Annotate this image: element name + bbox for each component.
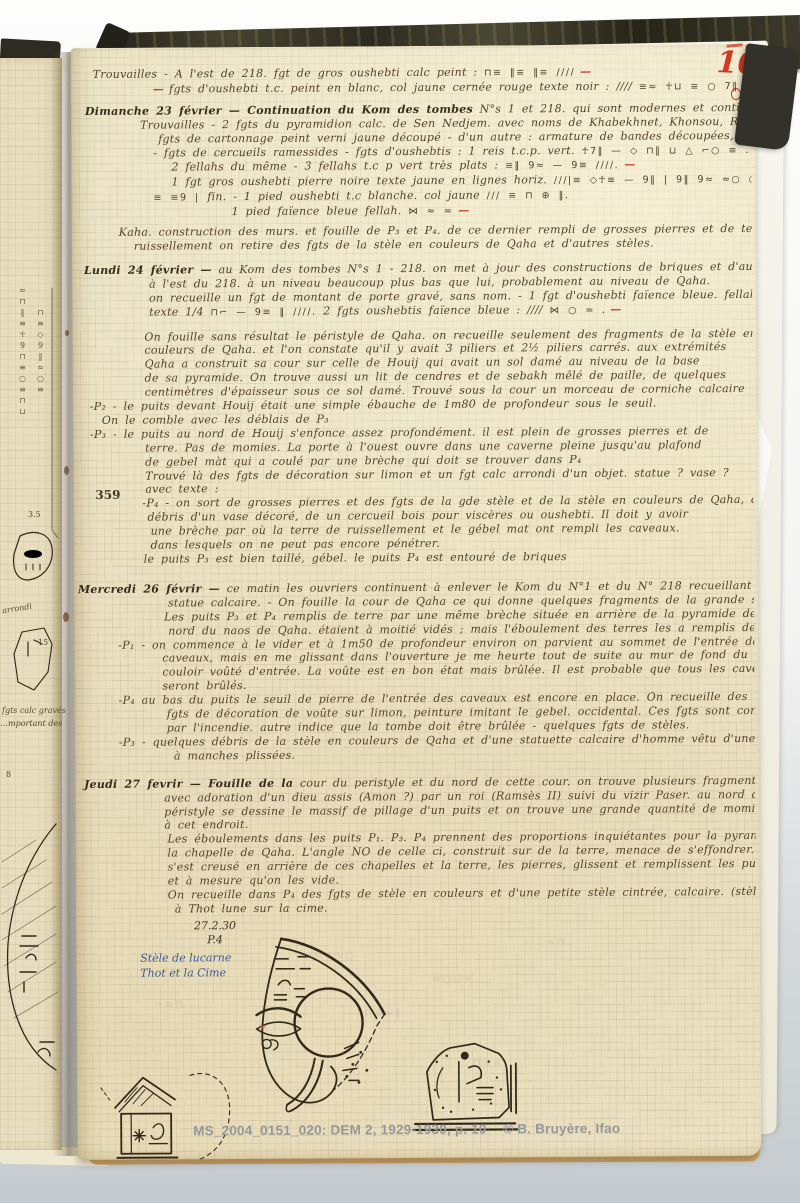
manuscript-text: à cet endroit. — [164, 818, 248, 832]
bleed-through-mark: ≈⊓≡∿○ — [304, 950, 356, 961]
manuscript-text: le puits P₃ est bien taillé, gébel. le p… — [144, 550, 567, 566]
margin-measure-label: 3.5 — [28, 510, 41, 519]
blue-caption-line: Thot et la Cime — [140, 965, 231, 981]
margin-measure-label: 8 — [6, 770, 11, 779]
manuscript-text: 2 fellahs du même - 3 fellahs t.c p vert… — [171, 159, 505, 174]
scanned-notebook: ≈⊓‖≡☥9⊓≡○≡⊓⊔ ⊓≡◇9‖≈○≡ 3.5 arrondi 15 fgt… — [0, 0, 800, 1203]
hieroglyph-run: ///|≡ ◇☥≡ — 9‖ | 9‖ 9≈ ≈○ ○ — [554, 174, 752, 186]
manuscript-text: 2 fgts oushebtis faïence bleue : //// — [316, 303, 549, 317]
archive-reference: MS_2004_0151_020: DEM 2, 1929-1930, p. 1… — [193, 1122, 486, 1139]
manuscript-lines: Trouvailles - A l'est de 218. fgt de gro… — [75, 64, 756, 917]
manuscript-text: 1 fgt gros oushebti pierre noire texte j… — [171, 173, 554, 188]
bleed-through-mark: ≡○⊔≈ — [432, 974, 473, 985]
hieroglyph-run: ☥7‖ — ◇ ⊓‖ ⊔ △ ⌐○ ≡ . — [581, 144, 750, 156]
manuscript-text: une brèche par où la terre de ruissellem… — [151, 522, 680, 538]
manuscript-line: à manches plissées. — [79, 746, 755, 764]
red-tick: — — [619, 158, 635, 171]
manuscript-text: -P₃ - quelques débris de la stèle en cou… — [119, 732, 755, 749]
red-tick: — — [453, 204, 469, 217]
margin-object-number: 359 — [95, 488, 120, 502]
archive-caption: MS_2004_0151_020: DEM 2, 1929-1930, p. 1… — [77, 1120, 753, 1144]
hieroglyph-run: ≡≈ ☥⊔ ≡ ○ 7‖ — [639, 81, 739, 93]
manuscript-line: le puits P₃ est bien taillé, gébel. le p… — [78, 549, 754, 567]
manuscript-text: N°s 1 et 218. qui sont modernes et conti… — [473, 101, 751, 116]
bleed-through-mark: ≡≈○⊓ — [254, 869, 295, 880]
manuscript-text: 1 pied faïence bleue fellah. — [232, 204, 409, 218]
shrine-fragment-sketch — [95, 1069, 246, 1160]
manuscript-text: seront brûlés. — [162, 679, 246, 693]
manuscript-text: terre. Pas de momies. La porte à l'ouest… — [145, 438, 702, 454]
margin-fragment-sketch-2 — [4, 624, 58, 702]
manuscript-text: -P₂ - le puits devant Houij était une si… — [90, 397, 657, 413]
date-heading: Mercredi 26 févrir — — [78, 582, 220, 596]
red-tick: — — [575, 65, 591, 78]
manuscript-text: à Thot lune sur la cime. — [175, 901, 328, 915]
manuscript-text: ruissellement on retire des fgts de la s… — [134, 237, 654, 253]
copyright-notice: © B. Bruyère, Ifao — [503, 1121, 620, 1137]
manuscript-line: ruissellement on retire des fgts de la s… — [76, 236, 752, 254]
hieroglyph-run: ⋈ ≈ = — [408, 206, 453, 217]
hieroglyph-run: ⋈ ○ = — [550, 304, 595, 315]
book-cover-corner — [734, 43, 800, 151]
manuscript-line: texte 1/4 ⊓⌐ — 9≡ ‖ ////. 2 fgts oushebt… — [76, 302, 752, 321]
manuscript-text: on recueille un fgt de montant de porte … — [149, 288, 752, 305]
blue-caption-line: Stèle de lucarne — [140, 950, 231, 966]
margin-hieroglyph-column: ≈⊓‖≡☥9⊓≡○≡⊓⊔ — [18, 286, 27, 496]
gutter-spot — [65, 330, 69, 336]
bleed-through-mark: ⊓∿≡ — [473, 1057, 504, 1068]
date-heading: Jeudi 27 fevrir — Fouille de la — [84, 776, 293, 790]
hieroglyph-run: ≡‖ 9≈ — 9≡ ////. — [505, 160, 619, 172]
manuscript-text: à manches plissées. — [174, 749, 295, 763]
manuscript-line: —fgts d'oushebti t.c. peint en blanc, co… — [75, 79, 751, 98]
margin-measure-label: 15 — [38, 638, 48, 647]
hieroglyph-run: ⊓⌐ — 9≡ ‖ ////. — [210, 306, 316, 318]
bleed-through-mark: ≈≡⊓ — [154, 999, 185, 1010]
manuscript-text: couloir voûté d'entrée. La voûte est en … — [162, 662, 754, 679]
manuscript-text: avec texte : — [145, 483, 218, 496]
bleed-through-mark: ⊓≡≈‖ — [364, 1008, 402, 1019]
manuscript-text: On recueille dans P₄ des fgts de stèle e… — [168, 885, 756, 902]
notebook-page: 10 Trouvailles - A l'est de 218. fgt de … — [71, 44, 762, 1160]
date-heading: Lundi 24 février — — [84, 263, 212, 277]
manuscript-text: - fgts de cercueils ramessides - fgts d'… — [153, 144, 581, 160]
sketch-blue-caption: Stèle de lucarne Thot et la Cime — [140, 950, 231, 981]
hieroglyph-run: ≡ ≡9 | — [153, 193, 207, 204]
gutter-spot — [63, 612, 69, 622]
manuscript-text: Trouvailles - A l'est de 218. fgt de gro… — [93, 66, 484, 81]
manuscript-text: Kaha. construction des murs. et fouille … — [119, 222, 752, 239]
bleed-through-mark: ≈⊓ — [546, 937, 566, 948]
date-heading: Dimanche 23 février — Continuation du Ko… — [85, 102, 473, 117]
manuscript-line: à Thot lune sur la cime. — [80, 899, 756, 917]
red-smudge — [259, 1025, 266, 1029]
manuscript-text: fin. - 1 pied oushebti t.c blanche. col … — [207, 189, 486, 204]
gutter-spot — [64, 466, 69, 475]
hieroglyph-run: ⊓≡ ‖≡ ‖≡ //// — [484, 67, 575, 79]
hieroglyph-run: /// ≡ ⊓ ⊕ ‖. — [487, 190, 570, 202]
manuscript-text: . — [595, 302, 606, 315]
margin-word-arrondi: arrondi — [1, 602, 32, 616]
margin-fragment-sketch — [6, 526, 58, 596]
manuscript-text: texte 1/4 — [149, 305, 210, 318]
manuscript-text: On le comble avec les déblais de P₃ — [102, 412, 329, 426]
manuscript-text: fgts d'oushebti t.c. peint en blanc, col… — [169, 80, 639, 96]
red-tick: — — [153, 82, 169, 95]
red-tick: — — [605, 302, 621, 315]
manuscript-text: dans lesquels on ne peut pas encore péné… — [151, 537, 440, 552]
